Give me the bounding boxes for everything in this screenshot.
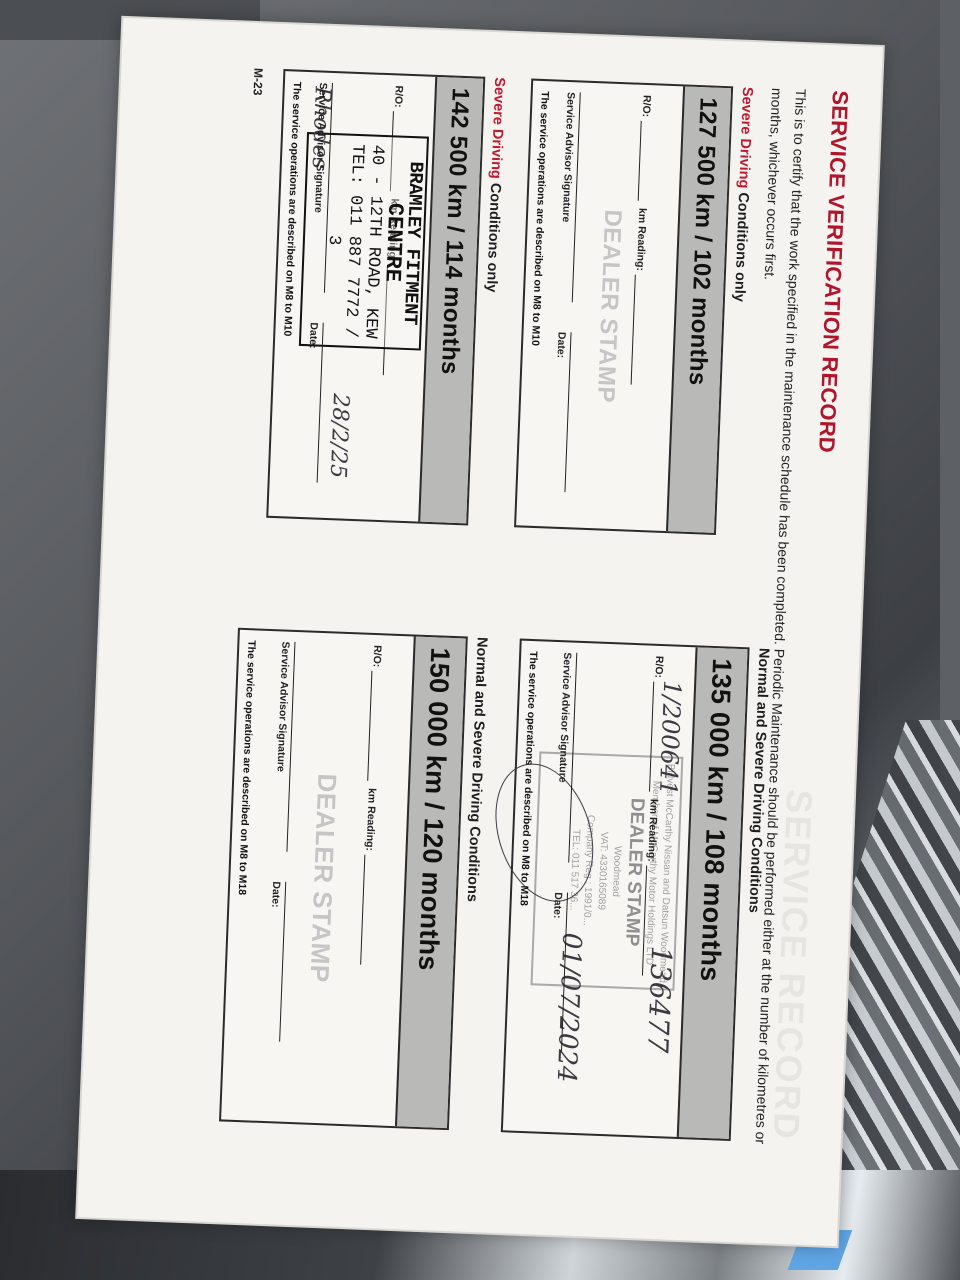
handwritten-km: 136477: [641, 946, 678, 1054]
km-reading-label: km Reading:: [634, 208, 648, 271]
km-reading-field[interactable]: [631, 275, 636, 385]
condition-highlight: Severe Driving: [735, 87, 755, 189]
service-card-150000: 150 000 km / 120 months R/O: km Reading:…: [219, 628, 468, 1130]
ro-km-row: R/O: km Reading:: [629, 95, 652, 389]
signature-field[interactable]: Service Advisor Signature: [557, 92, 581, 302]
ro-label: R/O:: [371, 645, 384, 668]
interval-header: 150 000 km / 120 months: [395, 636, 466, 1128]
page-number: M-23: [250, 68, 265, 96]
right-column: Normal and Severe Driving Conditions 135…: [189, 627, 772, 1148]
service-book-page: SERVICE RECORD SERVICE VERIFICATION RECO…: [77, 18, 883, 1246]
service-card-135000: 135 000 km / 108 months Bidvest McCarthy…: [501, 639, 750, 1141]
signature-row: Service Advisor SignatureDate:: [548, 92, 580, 517]
service-card-142500: 142 500 km / 114 months R/O: km Reading:…: [266, 69, 485, 525]
ro-km-row: R/O: km Reading:: [359, 645, 383, 969]
condition-text: Normal and Severe Driving Conditions: [464, 637, 490, 902]
ro-field[interactable]: [638, 121, 642, 201]
signature-field[interactable]: Service Advisor Signature: [271, 641, 295, 851]
dealer-stamp-placeholder: DEALER STAMP: [298, 633, 348, 1124]
handwritten-ro: 1/200641: [654, 680, 686, 796]
km-reading-label: km Reading:: [645, 799, 659, 862]
handwritten-date: 28/2/25: [325, 393, 353, 479]
footnote: The service operations are described on …: [236, 640, 258, 895]
km-reading-label: km Reading:: [364, 788, 378, 851]
ro-label: R/O:: [640, 95, 653, 118]
dealer-stamp-placeholder: DEALER STAMP: [586, 83, 631, 529]
ro-field[interactable]: [367, 671, 372, 781]
ro-label: R/O:: [392, 85, 405, 108]
km-reading-field[interactable]: [360, 855, 365, 965]
service-card-127500: 127 500 km / 102 months R/O: km Reading:…: [514, 79, 733, 535]
interval-header: 127 500 km / 102 months: [666, 86, 731, 533]
ro-label: R/O:: [652, 656, 665, 679]
interval-header: 135 000 km / 108 months: [677, 647, 748, 1139]
condition-text: Conditions only: [483, 179, 503, 293]
signature-row: Service Advisor SignatureDate:: [261, 641, 295, 1111]
ro-field[interactable]: [649, 682, 654, 792]
footnote: The service operations are described on …: [529, 91, 551, 346]
date-field[interactable]: Date:: [264, 881, 286, 1041]
page-title: SERVICE VERIFICATION RECORD: [813, 90, 853, 453]
condition-text: Conditions only: [731, 188, 751, 302]
date-field[interactable]: Date:: [549, 332, 571, 492]
date-field[interactable]: Date:: [302, 322, 324, 482]
condition-highlight: Severe Driving: [487, 77, 507, 179]
left-column: Severe Driving Conditions only 127 500 k…: [240, 68, 755, 587]
